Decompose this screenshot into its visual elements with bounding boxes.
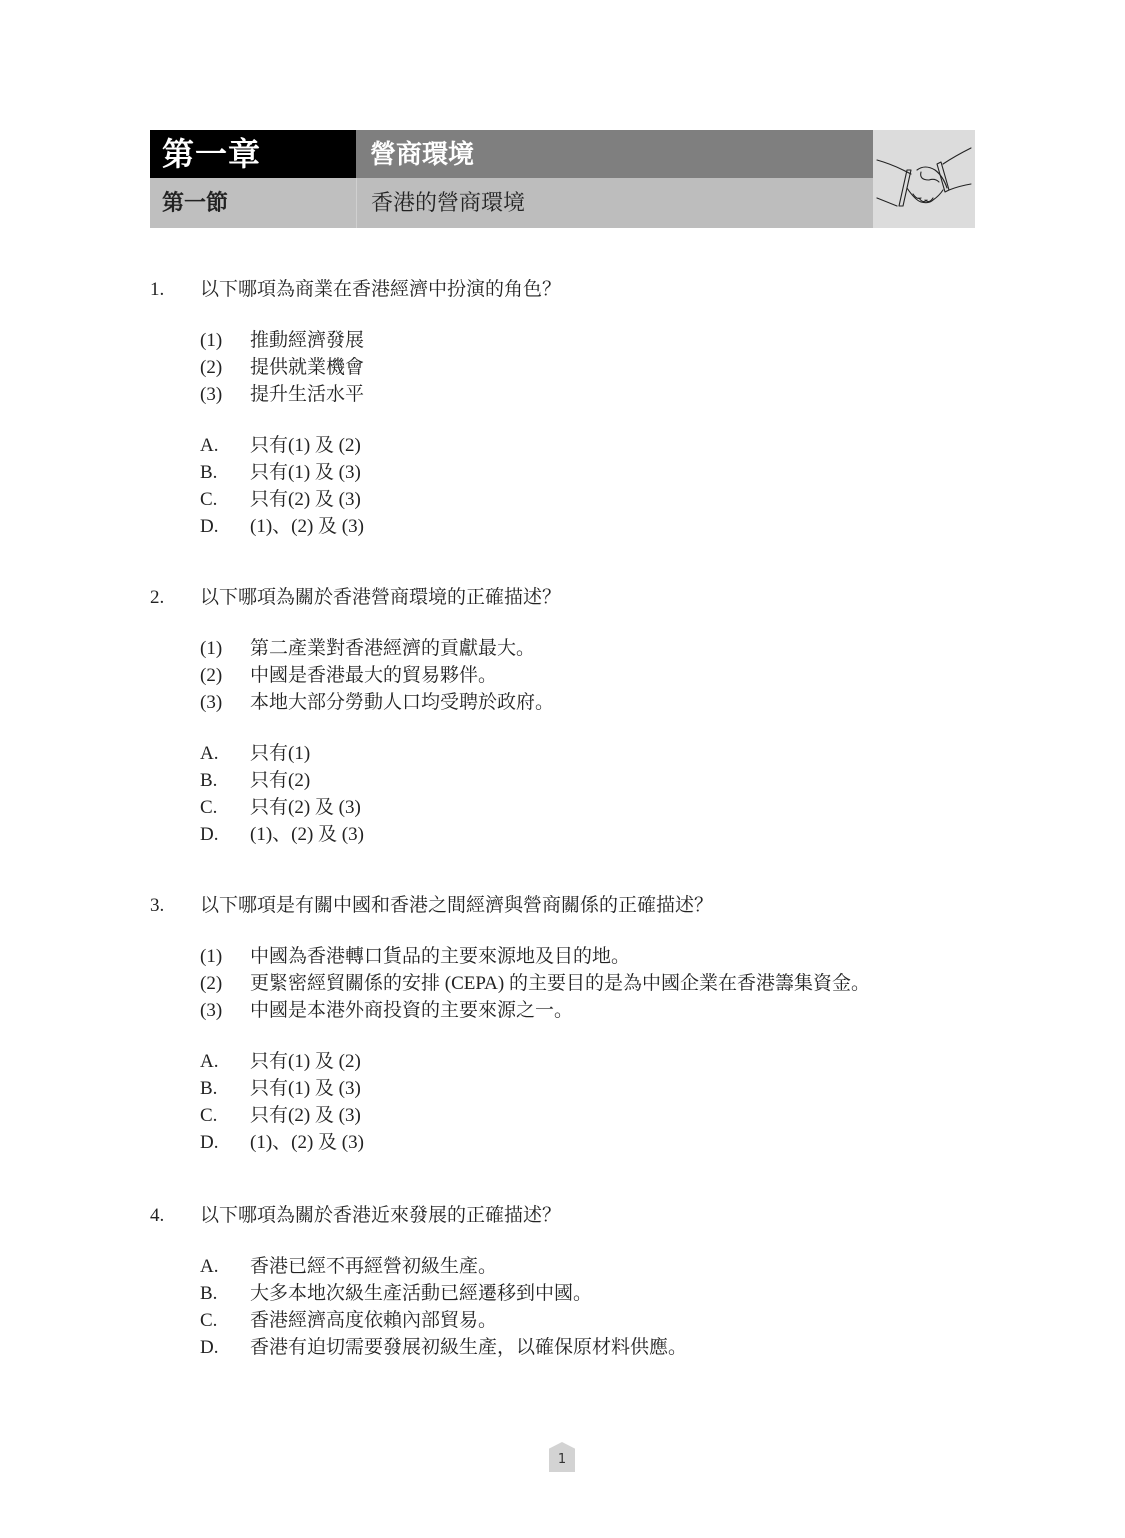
question-number: 1. xyxy=(150,278,164,302)
option-letter: C. xyxy=(200,488,217,512)
question-number: 3. xyxy=(150,894,164,918)
chapter-number: 第一章 xyxy=(150,130,356,178)
question-text: 以下哪項是有關中國和香港之間經濟與營商關係的正確描述？ xyxy=(200,894,713,918)
option-letter: B. xyxy=(200,461,217,485)
question-text: 以下哪項為商業在香港經濟中扮演的角色？ xyxy=(200,278,561,302)
handshake-icon xyxy=(873,130,975,228)
statement-text: 中國是香港最大的貿易夥伴。 xyxy=(250,664,497,688)
statement-text: 本地大部分勞動人口均受聘於政府。 xyxy=(250,691,554,715)
option-text: 只有(1) 及 (2) xyxy=(250,434,361,458)
statement-number: (3) xyxy=(200,383,222,407)
question-text: 以下哪項為關於香港近來發展的正確描述？ xyxy=(200,1204,561,1228)
statement-text: 提升生活水平 xyxy=(250,383,364,407)
option-letter: C. xyxy=(200,1309,217,1333)
statement-number: (2) xyxy=(200,356,222,380)
statement-number: (2) xyxy=(200,972,222,996)
option-text: 只有(1) 及 (3) xyxy=(250,461,361,485)
option-text: 只有(2) 及 (3) xyxy=(250,488,361,512)
option-letter: D. xyxy=(200,1131,218,1155)
statement-text: 推動經濟發展 xyxy=(250,329,364,353)
statement-text: 中國為香港轉口貨品的主要來源地及目的地。 xyxy=(250,945,630,969)
option-text: 香港有迫切需要發展初級生產，以確保原材料供應。 xyxy=(250,1336,687,1360)
statement-number: (3) xyxy=(200,999,222,1023)
option-text: 大多本地次級生產活動已經遷移到中國。 xyxy=(250,1282,592,1306)
statement-text: 第二產業對香港經濟的貢獻最大。 xyxy=(250,637,535,661)
question-text: 以下哪項為關於香港營商環境的正確描述？ xyxy=(200,586,561,610)
chapter-header: 第一章 營商環境 第一節 香港的營商環境 xyxy=(150,130,975,228)
question-number: 2. xyxy=(150,586,164,610)
option-letter: B. xyxy=(200,769,217,793)
option-text: (1)、(2) 及 (3) xyxy=(250,823,364,847)
chapter-title: 營商環境 xyxy=(356,130,873,178)
option-text: (1)、(2) 及 (3) xyxy=(250,515,364,539)
statement-text: 中國是本港外商投資的主要來源之一。 xyxy=(250,999,573,1023)
option-letter: A. xyxy=(200,1255,218,1279)
option-text: 只有(2) 及 (3) xyxy=(250,796,361,820)
option-text: 只有(1) 及 (3) xyxy=(250,1077,361,1101)
statement-number: (1) xyxy=(200,637,222,661)
option-text: 只有(1) 及 (2) xyxy=(250,1050,361,1074)
section-number: 第一節 xyxy=(150,178,356,228)
option-text: 只有(2) 及 (3) xyxy=(250,1104,361,1128)
option-letter: C. xyxy=(200,1104,217,1128)
option-text: 只有(2) xyxy=(250,769,310,793)
option-letter: C. xyxy=(200,796,217,820)
section-title: 香港的營商環境 xyxy=(356,178,873,228)
option-letter: D. xyxy=(200,515,218,539)
option-letter: B. xyxy=(200,1282,217,1306)
option-letter: A. xyxy=(200,434,218,458)
option-letter: D. xyxy=(200,823,218,847)
option-letter: A. xyxy=(200,742,218,766)
option-text: 只有(1) xyxy=(250,742,310,766)
statement-number: (1) xyxy=(200,945,222,969)
statement-text: 更緊密經貿關係的安排 (CEPA) 的主要目的是為中國企業在香港籌集資金。 xyxy=(250,972,870,996)
page-number: 1 xyxy=(549,1442,575,1472)
option-letter: D. xyxy=(200,1336,218,1360)
statement-text: 提供就業機會 xyxy=(250,356,364,380)
statement-number: (1) xyxy=(200,329,222,353)
option-text: (1)、(2) 及 (3) xyxy=(250,1131,364,1155)
option-text: 香港已經不再經營初級生產。 xyxy=(250,1255,497,1279)
option-letter: B. xyxy=(200,1077,217,1101)
statement-number: (3) xyxy=(200,691,222,715)
question-number: 4. xyxy=(150,1204,164,1228)
statement-number: (2) xyxy=(200,664,222,688)
option-letter: A. xyxy=(200,1050,218,1074)
option-text: 香港經濟高度依賴內部貿易。 xyxy=(250,1309,497,1333)
